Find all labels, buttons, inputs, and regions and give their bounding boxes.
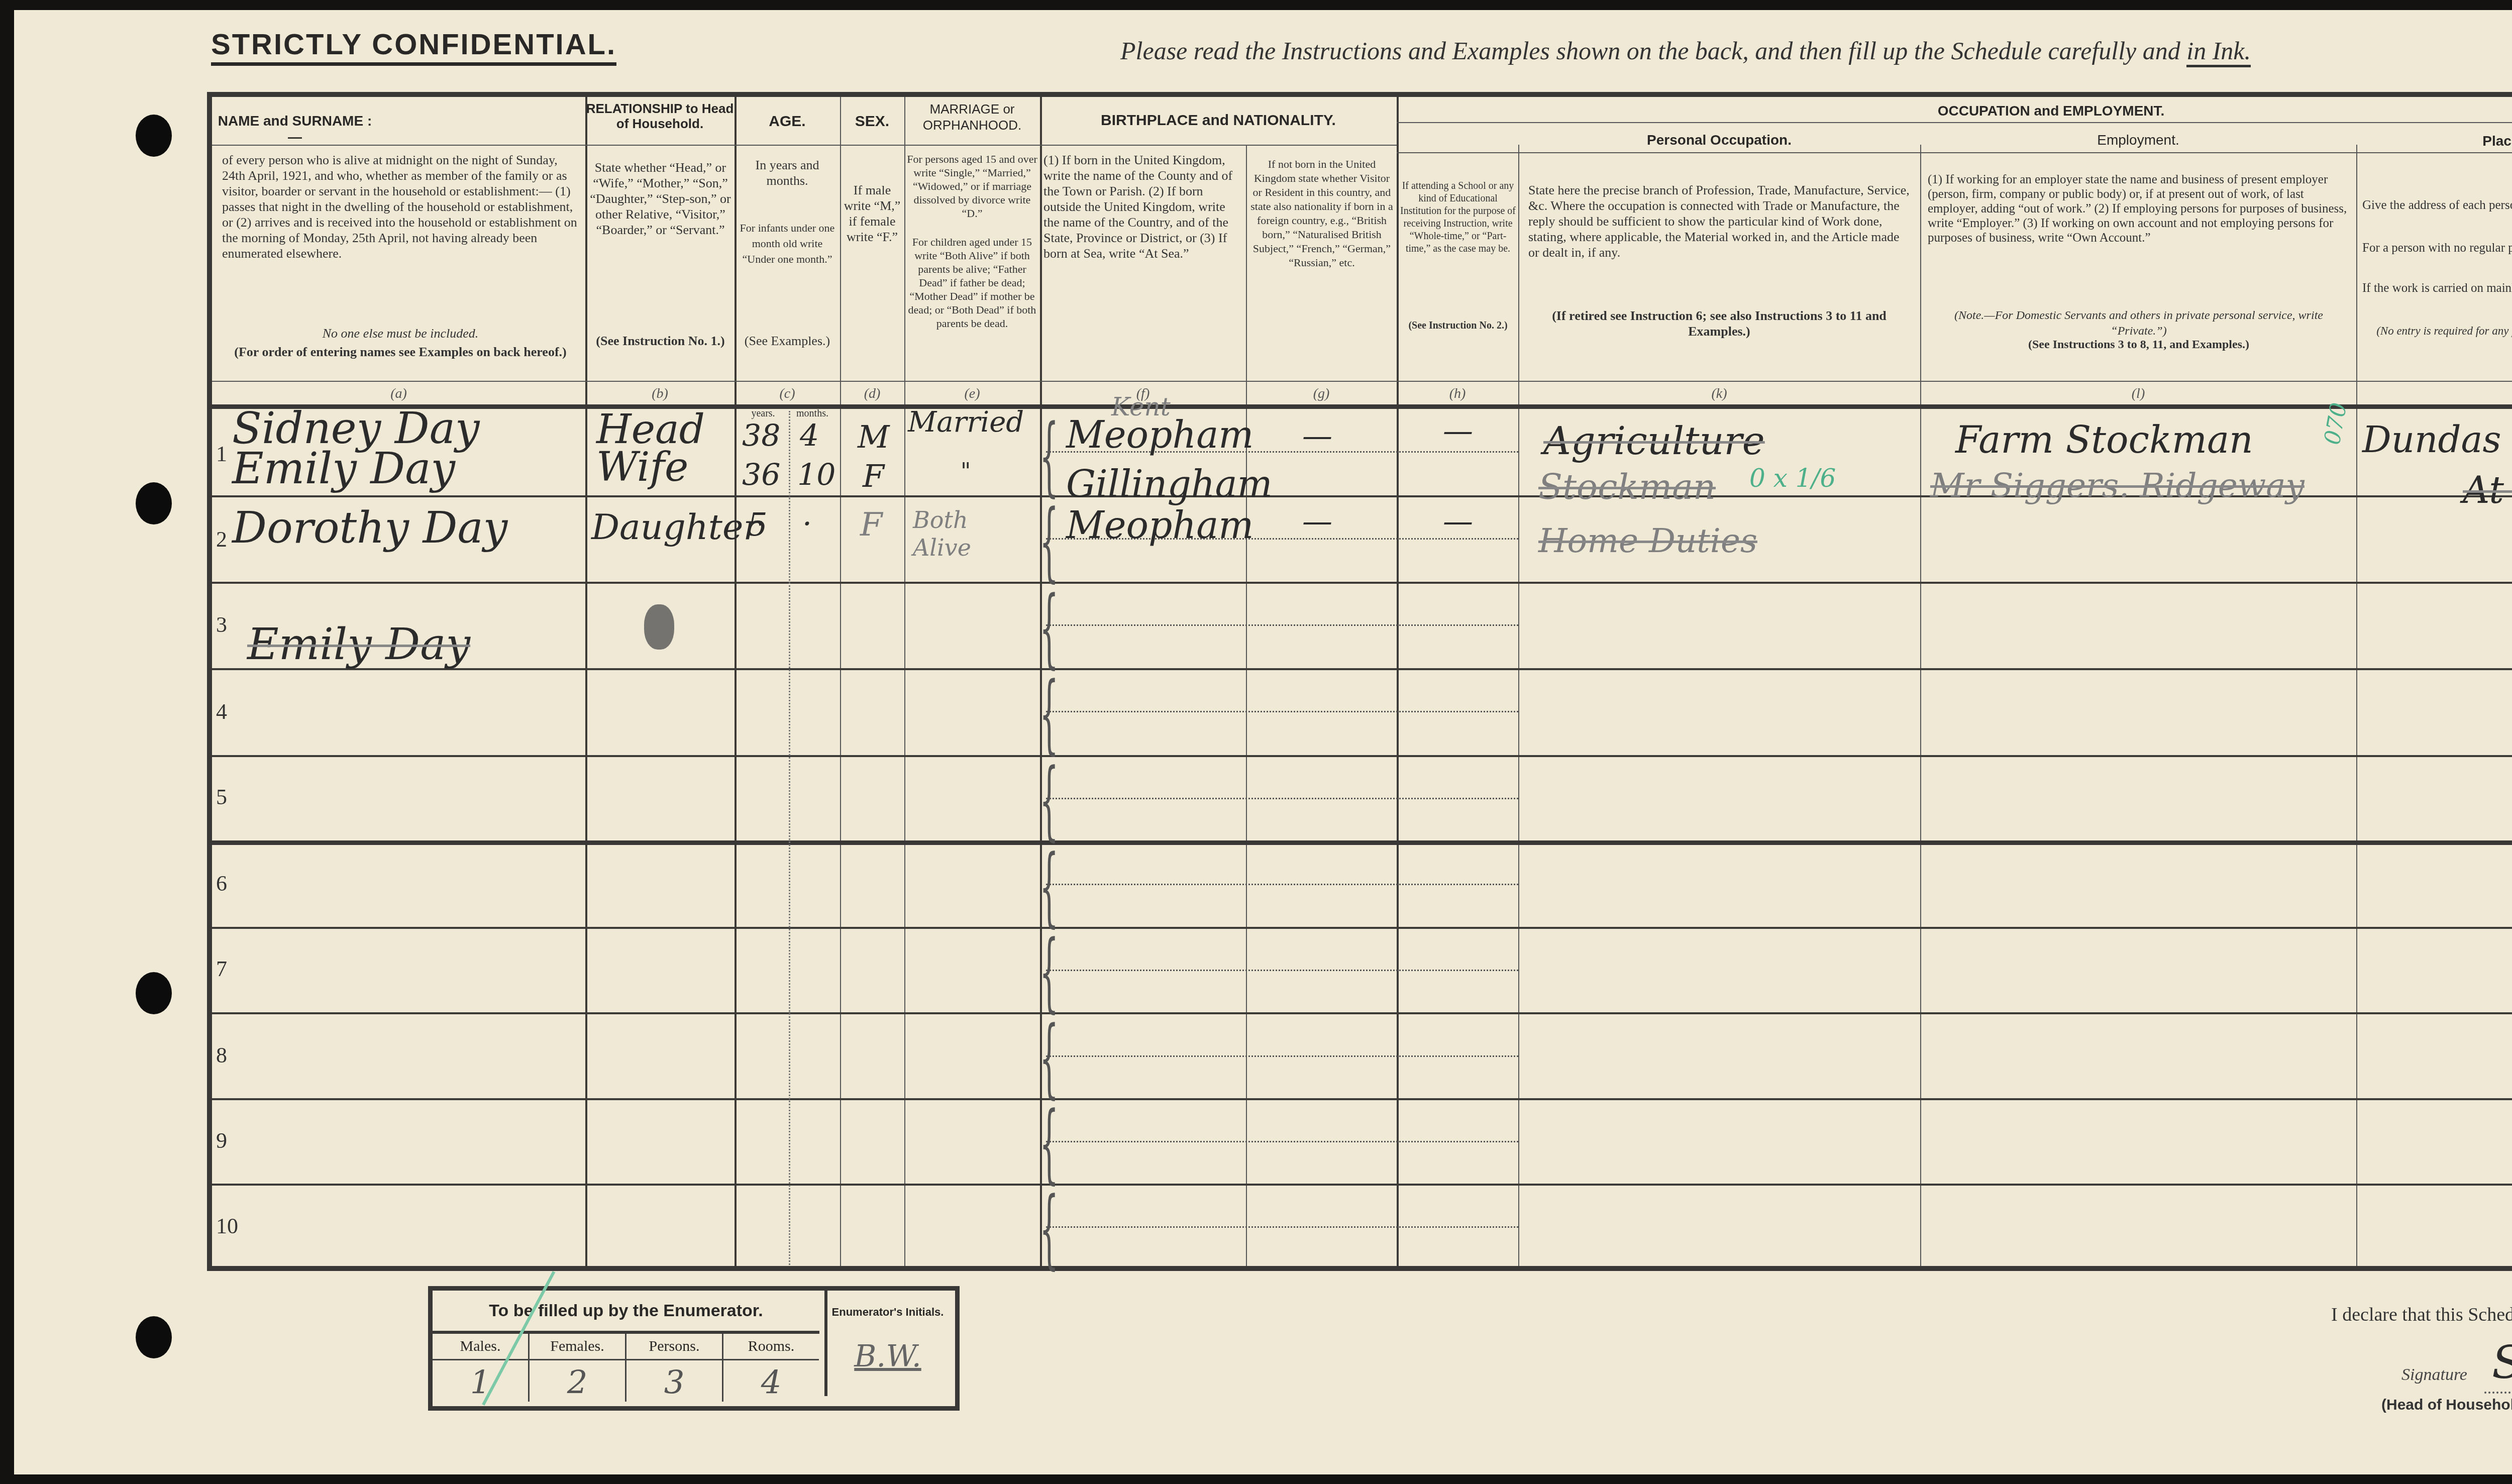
col-d-title: SEX. [840, 113, 904, 130]
birthplace: Meopham [1066, 504, 1253, 547]
birthplace: Meopham [1066, 413, 1253, 457]
col-a-letter: (a) [212, 386, 585, 402]
relationship: Daughter [591, 506, 760, 548]
rule [1397, 152, 2512, 153]
dotted-rule [1046, 884, 1518, 885]
age-months: 4 [800, 418, 819, 454]
brace: { [1039, 413, 1059, 499]
punch-hole [136, 972, 172, 1014]
col-k-instructions: State here the precise branch of Profess… [1528, 182, 1910, 260]
row-rule [212, 668, 2512, 670]
rooms-cell: Rooms.4 [723, 1334, 819, 1402]
nationality: — [1302, 418, 1332, 454]
birthplace-group-title: BIRTHPLACE and NATIONALITY. [1040, 112, 1397, 129]
col-m-at-home: If the work is carried on mainly at home… [2362, 280, 2512, 296]
enumerator-initials-cell: Enumerator's Initials. B.W. [824, 1291, 948, 1396]
dotted-rule [1046, 624, 1518, 626]
col-g-instructions: If not born in the United Kingdom state … [1249, 157, 1395, 270]
brace: { [1039, 844, 1059, 929]
occupation: Stockman [1538, 466, 1716, 507]
col-a-order-note: (For order of entering names see Example… [222, 344, 579, 360]
col-f-instructions: (1) If born in the United Kingdom, write… [1043, 152, 1242, 261]
brace: { [1039, 585, 1059, 671]
confidential-heading: STRICTLY CONFIDENTIAL. [211, 28, 616, 66]
row-number: 5 [216, 784, 227, 810]
enumerator-tally-box: To be filled up by the Enumerator. Males… [428, 1286, 960, 1411]
row-number: 6 [216, 871, 227, 896]
sex: F [863, 458, 884, 494]
age-months: · [802, 506, 812, 542]
persons-cell: Persons.3 [626, 1334, 723, 1402]
col-m-title: Place of Work. [2356, 133, 2512, 149]
row-number: 4 [216, 699, 227, 724]
col-c-letter: (c) [735, 386, 840, 402]
row-rule [212, 582, 2512, 584]
marital-status-ditto: " [961, 459, 971, 484]
occupation-code: 0 x 1/6 [1749, 464, 1836, 493]
signature: S Day [2492, 1336, 2512, 1389]
col-a-note: No one else must be included. [222, 326, 579, 341]
brace: { [1039, 1186, 1059, 1271]
signature-label: Signature [2401, 1365, 2467, 1385]
divider [840, 97, 841, 1266]
col-e-title: MARRIAGE or ORPHANHOOD. [904, 101, 1040, 133]
age-months: 10 [797, 458, 835, 493]
col-c-title: AGE. [735, 113, 840, 130]
education: — [1443, 504, 1473, 539]
rule [1040, 145, 1397, 146]
nationality: — [1302, 504, 1332, 539]
col-h-instructions: If attending a School or any kind of Edu… [1400, 180, 1516, 255]
row-number: 3 [216, 612, 227, 638]
col-m-no-fixed: For a person with no regular place of wo… [2362, 240, 2512, 256]
occupation-group-title: OCCUPATION and EMPLOYMENT. [1397, 103, 2512, 119]
brace: { [1039, 499, 1059, 584]
row-number: 8 [216, 1042, 227, 1068]
signature-line[interactable] [2484, 1392, 2512, 1394]
row-rule [212, 1012, 2512, 1014]
person-name: Emily Day [247, 619, 470, 670]
enumerator-initials: B.W. [827, 1339, 948, 1374]
row-rule [212, 755, 2512, 757]
dotted-rule [1046, 1141, 1518, 1142]
col-h-letter: (h) [1397, 386, 1518, 402]
females-label: Females. [530, 1334, 625, 1360]
row-number: 7 [216, 956, 227, 982]
col-l-see-note: (See Instructions 3 to 8, 11, and Exampl… [1928, 337, 2350, 353]
employment: Farm Stockman [1955, 418, 2253, 462]
col-a-instructions: of every person who is alive at midnight… [222, 152, 579, 261]
divider [904, 97, 905, 1266]
dotted-rule [1046, 1055, 1518, 1057]
punch-hole [136, 115, 172, 157]
employer-name: Mr Siggers. Ridgeway [1930, 466, 2305, 505]
col-b-instructions: State whether “Head,” or “Wife,” “Mother… [589, 160, 732, 238]
brace: { [1039, 1101, 1059, 1186]
col-l-instructions: (1) If working for an employer state the… [1928, 172, 2350, 245]
females-count: 2 [530, 1360, 625, 1406]
persons-count: 3 [626, 1360, 722, 1406]
col-d-letter: (d) [840, 386, 904, 402]
ink-blot [644, 604, 674, 650]
rooms-label: Rooms. [723, 1334, 819, 1360]
col-b-letter: (b) [585, 386, 735, 402]
row-number: 9 [216, 1128, 227, 1153]
col-a-title: NAME and SURNAME :— [212, 113, 378, 145]
col-k-letter: (k) [1518, 386, 1920, 402]
row-rule [212, 1098, 2512, 1100]
col-e-adults: For persons aged 15 and over write “Sing… [906, 152, 1038, 220]
dotted-rule [1046, 711, 1518, 712]
initials-label: Enumerator's Initials. [827, 1306, 948, 1319]
row-rule [212, 927, 2512, 929]
person-name: Emily Day [232, 444, 455, 494]
age-years: 5 [747, 506, 768, 544]
row-number: 10 [216, 1213, 238, 1239]
row-rule [212, 1184, 2512, 1186]
punch-hole [136, 482, 172, 524]
age-years: 38 [742, 418, 780, 454]
declaration-text: I declare that this Schedule is correctl… [2331, 1304, 2512, 1326]
age-dotted-divider [789, 411, 790, 1265]
dotted-rule [1046, 970, 1518, 971]
age-years: 36 [742, 458, 780, 493]
signature-note: (Head of Household, Manager of Establish… [2381, 1397, 2512, 1414]
rooms-count: 4 [723, 1360, 819, 1406]
females-cell: Females.2 [530, 1334, 626, 1402]
col-l-title: Employment. [1920, 132, 2356, 148]
col-k-title: Personal Occupation. [1518, 132, 1920, 148]
brace: { [1039, 1015, 1059, 1101]
divider [735, 97, 737, 1266]
ink-instruction: Please read the Instructions and Example… [1120, 36, 2251, 65]
col-e-children: For children aged under 15 write “Both A… [906, 235, 1038, 330]
sex: F [860, 506, 882, 544]
persons-label: Persons. [626, 1334, 722, 1360]
dotted-rule [1046, 1226, 1518, 1228]
orphanhood-status: Both Alive [913, 506, 968, 562]
rule [1397, 122, 2512, 123]
row-number: 2 [216, 526, 227, 552]
instruction-text: Please read the Instructions and Example… [1120, 37, 2186, 65]
birthplace: Gillingham [1066, 463, 1273, 506]
divider [1397, 97, 1399, 1266]
col-b-note: (See Instruction No. 1.) [589, 333, 732, 349]
col-c-instructions: In years and months. [737, 157, 838, 188]
sex: M [858, 418, 889, 455]
row-rule [212, 840, 2512, 845]
rule [212, 381, 2512, 382]
education: — [1443, 413, 1473, 449]
person-name: Dorothy Day [232, 503, 507, 553]
col-e-letter: (e) [904, 386, 1040, 402]
enumerator-box-title: To be filled up by the Enumerator. [433, 1291, 819, 1334]
dotted-rule [1046, 798, 1518, 799]
relationship: Wife [596, 444, 688, 490]
col-l-letter: (l) [1920, 386, 2356, 402]
brace: { [1039, 929, 1059, 1015]
col-g-letter: (g) [1246, 386, 1397, 402]
col-h-note: (See Instruction No. 2.) [1400, 318, 1516, 334]
place-of-work: Dundas Meopham [2362, 418, 2512, 461]
divider [585, 97, 587, 1266]
row-number: 1 [216, 441, 227, 467]
brace: { [1039, 758, 1059, 843]
col-m-instructions: Give the address of each person’s place … [2362, 197, 2512, 213]
rule [212, 404, 2512, 409]
col-m-letter: (m) [2356, 386, 2512, 402]
col-k-note: (If retired see Instruction 6; see also … [1528, 308, 1910, 339]
occupation: Home Duties [1538, 521, 1757, 560]
household-table: NAME and SURNAME :— RELATIONSHIP to Head… [207, 92, 2512, 1271]
col-c-note: (See Examples.) [737, 333, 838, 349]
brace: { [1039, 671, 1059, 757]
col-l-note: (Note.—For Domestic Servants and others … [1928, 308, 2350, 339]
males-count: 1 [433, 1360, 528, 1406]
col-m-note: (No entry is required for any person who… [2362, 323, 2512, 339]
col-c-infants: For infants under one month old write “U… [737, 220, 838, 267]
place-of-work: At Home [2463, 469, 2512, 512]
occupation: Agriculture [1543, 418, 1765, 463]
punch-hole [136, 1316, 172, 1358]
col-b-title: RELATIONSHIP to Head of Household. [585, 101, 735, 131]
instruction-emphasis: in Ink. [2186, 37, 2251, 67]
col-d-instructions: If male write “M,” if female write “F.” [843, 182, 902, 245]
marital-status: Married [908, 406, 1024, 439]
